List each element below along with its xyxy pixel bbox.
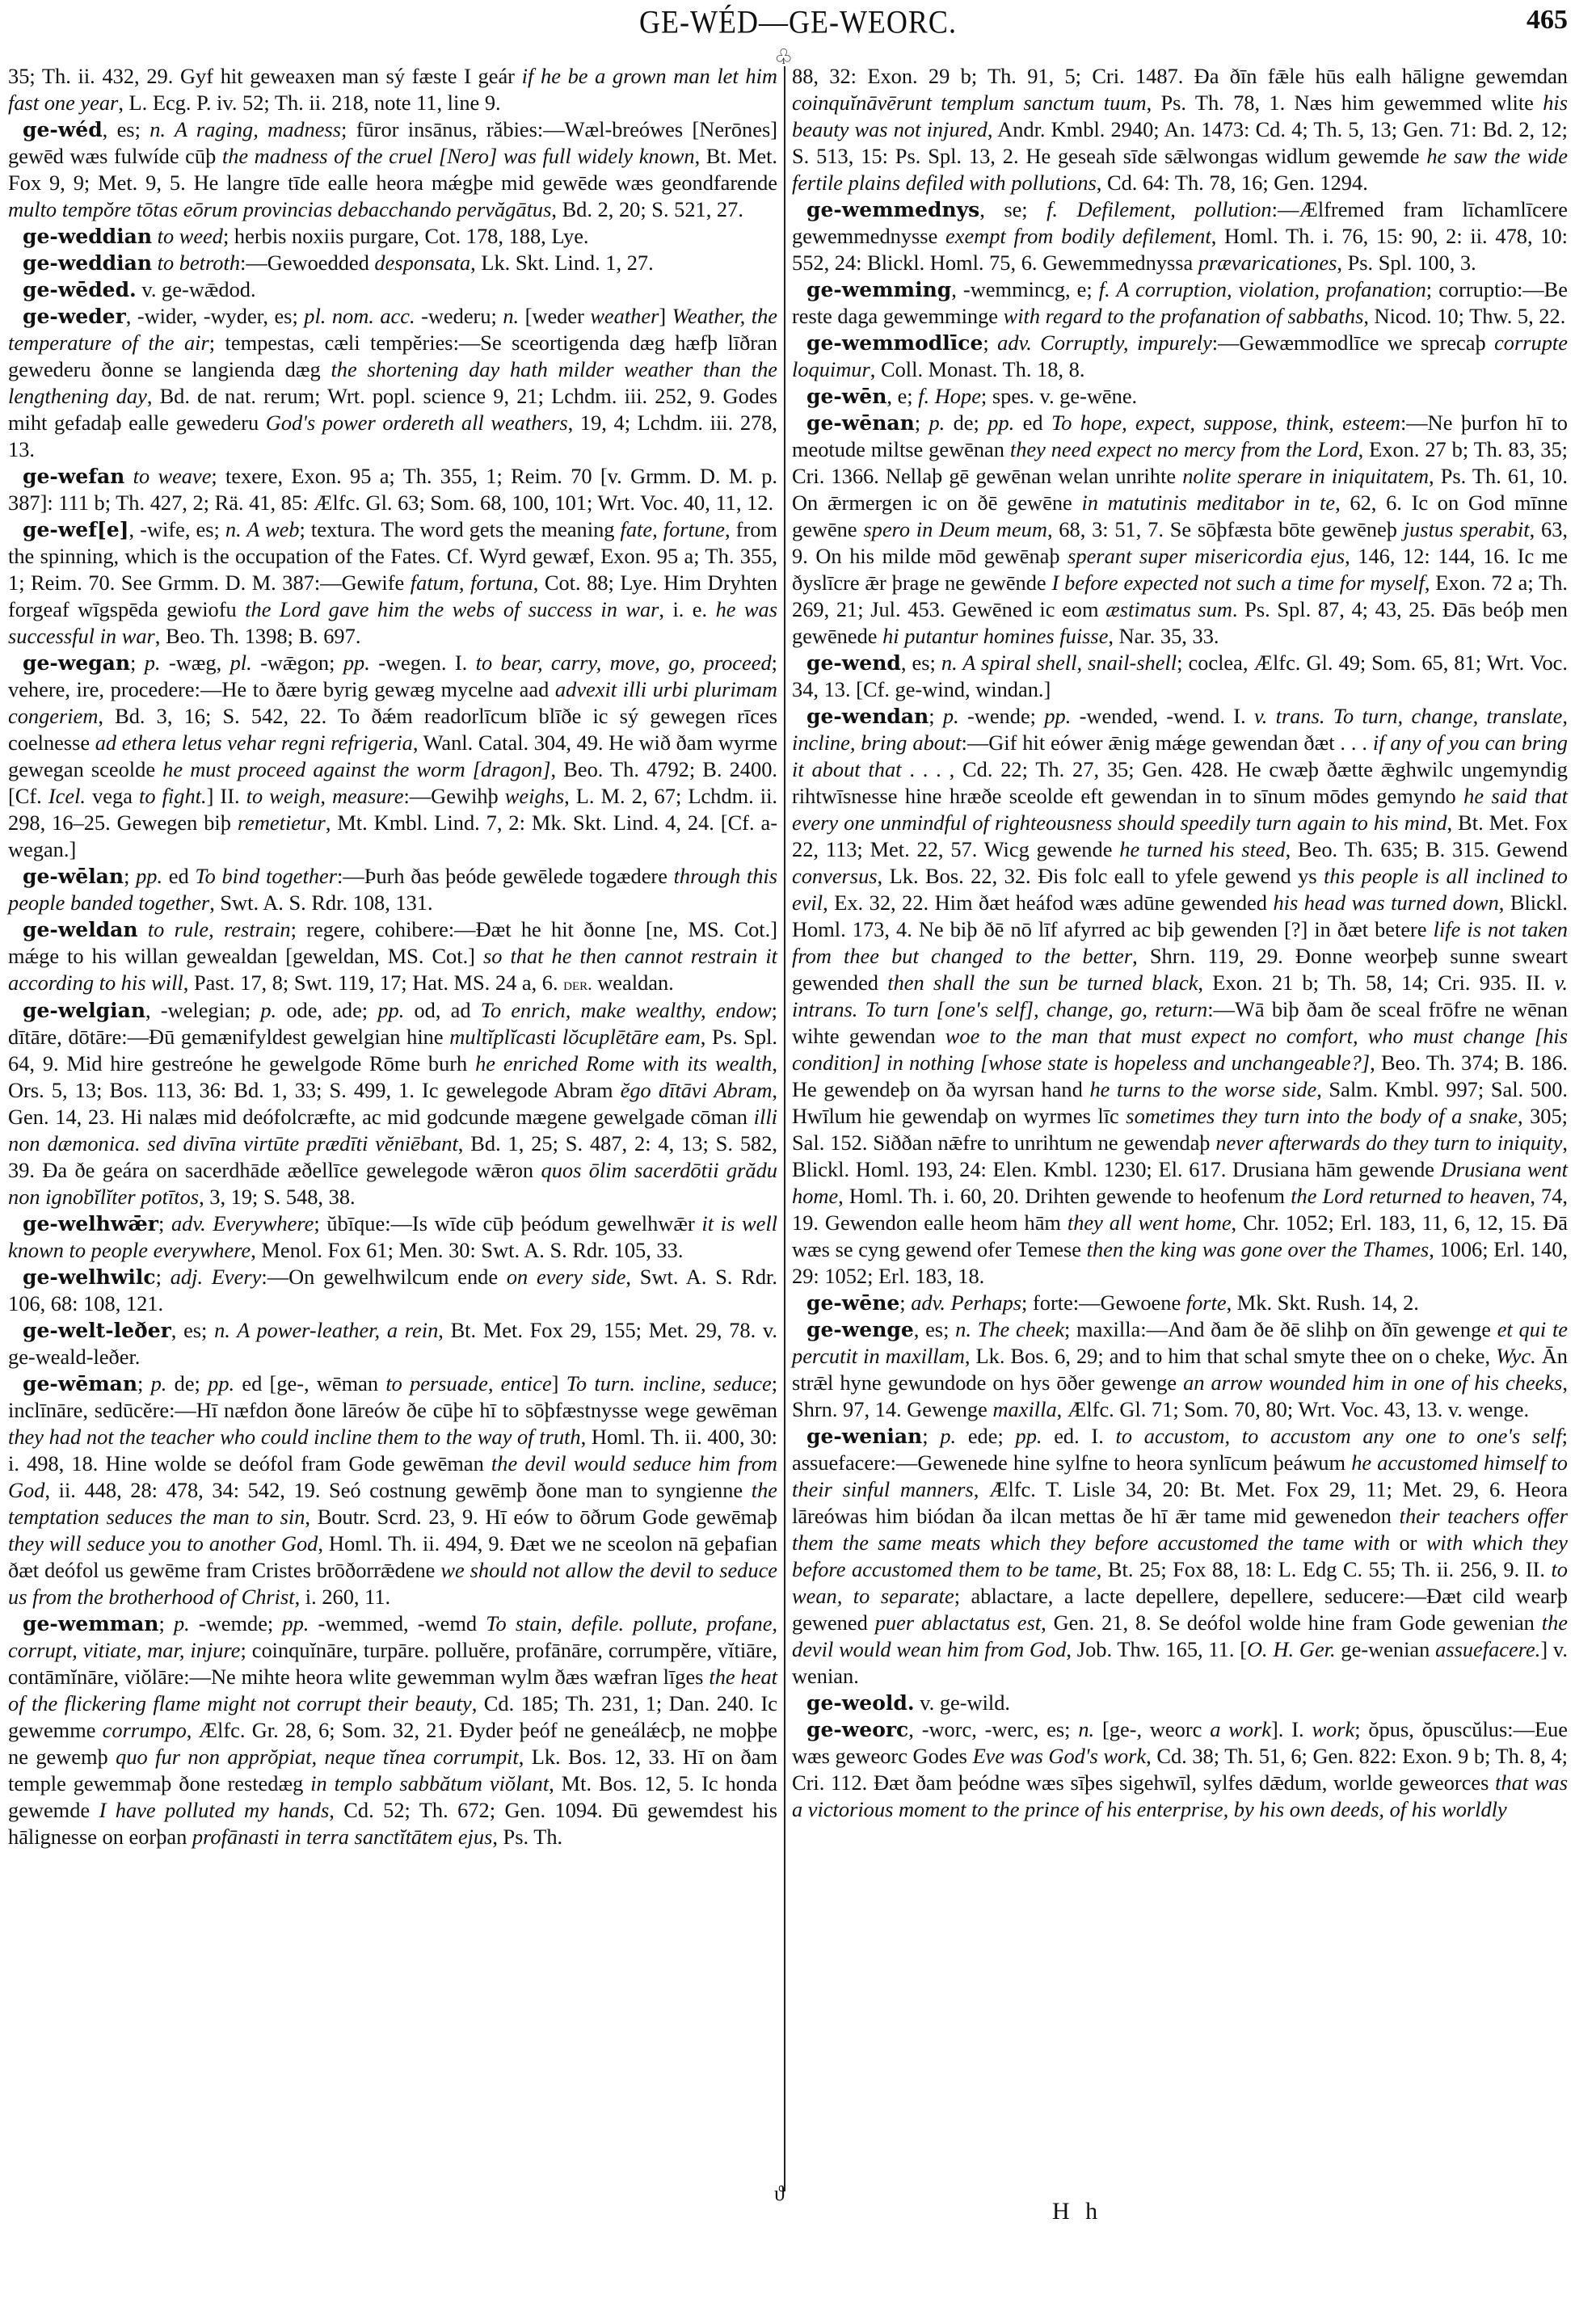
headword: ge-weold. (806, 1691, 915, 1715)
italic-gloss: To bind together (195, 864, 337, 888)
dictionary-entry: ge-weorc, -worc, -werc, es; n. [ge-, weo… (792, 1716, 1568, 1823)
italic-gloss: æstimatus sum (1105, 597, 1232, 621)
italic-gloss: pp. (343, 650, 370, 675)
entry-text: , 68, 3: 51, 7. Se sōþfæsta bōte gewēneþ (1047, 517, 1404, 541)
entry-text: de; (945, 410, 987, 435)
italic-gloss: adv. Corruptly, impurely (997, 330, 1212, 355)
knot-ornament-icon: ϑ (774, 2183, 785, 2204)
dictionary-entry: ge-wēne; adv. Perhaps; forte:—Gewoene fo… (792, 1290, 1568, 1316)
italic-gloss: fate, fortune (621, 517, 725, 541)
italic-gloss: p. (260, 998, 276, 1022)
italic-gloss: fatum, fortuna (411, 570, 533, 595)
dictionary-entry: ge-wéd, es; n. A raging, madness; fūror … (8, 116, 777, 223)
dictionary-entry: ge-wemman; p. -wemde; pp. -wemmed, -wemd… (8, 1610, 777, 1850)
entry-text: 88, 32: Exon. 29 b; Th. 91, 5; Cri. 1487… (792, 64, 1568, 88)
headword: ge-weorc (806, 1718, 908, 1741)
entry-text: , Homl. Th. i. 60, 20. Drihten gewende t… (838, 1184, 1291, 1208)
headword: ge-wēman (23, 1372, 137, 1395)
italic-gloss: coinquĭnāvērunt templum sanctum tuum (792, 91, 1147, 115)
entry-text: -wemmed, -wemd (309, 1611, 486, 1635)
entry-text: , Exon. 21 b; Th. 58, 14; Cri. 935. II. (1198, 970, 1554, 995)
dictionary-entry: ge-weder, -wider, -wyder, es; pl. nom. a… (8, 303, 777, 463)
entry-text: [ge-, weorc (1094, 1717, 1210, 1741)
italic-gloss: maxilla (992, 1397, 1056, 1421)
dictionary-entry: ge-wend, es; n. A spiral shell, snail-sh… (792, 650, 1568, 703)
dictionary-entry: ge-wemmodlīce; adv. Corruptly, impurely:… (792, 330, 1568, 383)
dictionary-entry: ge-wegan; p. -wæg, pl. -wǣgon; pp. -wege… (8, 650, 777, 863)
dictionary-entry: ge-wēded. v. ge-wǣdod. (8, 276, 777, 303)
italic-gloss: to rule, restrain (148, 917, 291, 941)
headword: ge-welt-leðer (23, 1319, 171, 1342)
entry-text: , Ps. Th. 78, 1. Næs him gewemmed wlite (1147, 91, 1543, 115)
running-head: GE-WÉD—GE-WEORC. 465 (0, 3, 1596, 44)
italic-gloss: ĕgo dītāvi Abram (621, 1078, 773, 1102)
italic-gloss: I before expected not such a time for my… (1052, 570, 1425, 595)
entry-text: vega (86, 784, 139, 808)
entry-text: ed. I. (1042, 1424, 1116, 1448)
entry-text: , es; (901, 650, 941, 675)
italic-gloss: assuefacere. (1435, 1637, 1540, 1661)
italic-gloss: weather (590, 304, 659, 328)
dictionary-entry: ge-wemming, -wemmincg, e; f. A corruptio… (792, 276, 1568, 330)
entry-text: v. ge-wild. (915, 1690, 1011, 1715)
entry-text: 35; Th. ii. 432, 29. Gyf hit geweaxen ma… (8, 64, 522, 88)
entry-text: , Bt. 25; Fox 88, 18: L. Edg C. 55; Th. … (1097, 1557, 1552, 1581)
entry-text: ed (162, 864, 195, 888)
entry-text: ; (158, 1611, 173, 1635)
entry-text: ; herbis noxiis purgare, Cot. 178, 188, … (223, 224, 589, 248)
italic-gloss: adj. Every (171, 1265, 262, 1289)
entry-text: ] (552, 1371, 566, 1395)
entry-text: v. ge-wǣdod. (137, 277, 256, 301)
italic-gloss: adv. Everywhere (171, 1211, 314, 1235)
italic-gloss: spero in Deum meum (863, 517, 1047, 541)
headword: ge-wéd (23, 118, 103, 141)
italic-gloss: puer ablactatus est (875, 1610, 1041, 1635)
entry-text: , Ex. 32, 22. Him ðæt heáfod wæs adūne g… (823, 890, 1273, 915)
italic-gloss: hi putantur homines fuisse (882, 624, 1108, 648)
entry-text: , Beo. Th. 1398; B. 697. (155, 624, 361, 648)
italic-gloss: pp. (1044, 704, 1071, 728)
italic-gloss: nolite sperare in iniquitatem (1182, 464, 1429, 488)
entry-text: , -worc, -werc, es; (908, 1717, 1078, 1741)
small-caps-label: der. (563, 974, 592, 994)
entry-text: , Boutr. Scrd. 23, 9. Hī eów to ōðrum Go… (305, 1505, 777, 1529)
entry-text: , Lk. Skt. Lind. 1, 27. (470, 250, 654, 275)
italic-gloss: he turned his steed (1119, 837, 1285, 861)
italic-gloss: weighs (505, 784, 564, 808)
italic-gloss: the Lord gave him the webs of success in… (245, 597, 659, 621)
entry-text: , -wemmincg, e; (951, 277, 1099, 301)
italic-gloss: pp. (282, 1611, 309, 1635)
headword: ge-wend (806, 651, 901, 675)
headword: ge-weddian (23, 251, 152, 275)
italic-gloss: justus sperabit (1404, 517, 1530, 541)
entry-text: , ii. 448, 28: 478, 34: 542, 19. Seó cos… (44, 1478, 751, 1502)
italic-gloss: he must proceed against the worm [dragon… (162, 757, 550, 781)
entry-text: , Beo. Th. 635; B. 315. Gewend (1286, 837, 1568, 861)
entry-text: , Job. Thw. 165, 11. [ (1066, 1637, 1247, 1661)
headword: ge-welgian (23, 999, 145, 1022)
dictionary-entry: ge-wēman; p. de; pp. ed [ge-, wēman to p… (8, 1370, 777, 1610)
headword: ge-wēn (806, 385, 886, 408)
entry-text: ; spes. v. ge-wēne. (981, 384, 1137, 408)
italic-gloss: a work (1210, 1717, 1271, 1741)
italic-gloss: in templo sabbătum viŏlant (310, 1771, 549, 1795)
dictionary-entry: ge-weddian to betroth:—Gewoedded despons… (8, 250, 777, 276)
italic-gloss: adv. Perhaps (911, 1290, 1021, 1315)
dictionary-entry: ge-wēnan; p. de; pp. ed To hope, expect,… (792, 410, 1568, 650)
entry-text: , Nar. 35, 33. (1108, 624, 1219, 648)
headword: ge-wenge (806, 1318, 914, 1341)
entry-text: :—Gewihþ (403, 784, 504, 808)
italic-gloss: corrumpo (103, 1718, 187, 1742)
italic-gloss: conversus (792, 864, 878, 888)
italic-gloss: To turn. incline, seduce (566, 1371, 772, 1395)
italic-gloss: Wyc. (1496, 1344, 1536, 1368)
entry-text: ; maxilla:—And ðam ðe ðē slihþ on ðīn ge… (1064, 1317, 1497, 1341)
right-column: 88, 32: Exon. 29 b; Th. 91, 5; Cri. 1487… (792, 63, 1568, 1823)
signature-mark: H h (1052, 2198, 1102, 2225)
entry-text: -wæg, (161, 650, 230, 675)
dictionary-entry: ge-wemmednys, se; f. Defilement, polluti… (792, 196, 1568, 276)
italic-gloss: on every side (507, 1265, 626, 1289)
entry-text: , e; (886, 384, 918, 408)
headword: ge-wēnan (806, 411, 915, 435)
entry-text: ; (899, 1290, 911, 1315)
italic-gloss: profānasti in terra sanctĭtātem ejus (192, 1825, 492, 1849)
dictionary-entry: ge-weddian to weed; herbis noxiis purgar… (8, 223, 777, 250)
entry-text: , Nicod. 10; Thw. 5, 22. (1363, 304, 1565, 328)
left-column: 35; Th. ii. 432, 29. Gyf hit geweaxen ma… (8, 63, 777, 1850)
italic-gloss: multĭplĭcasti lŏcuplētāre eam (449, 1025, 700, 1049)
italic-gloss: the madness of the cruel [Nero] was full… (222, 144, 695, 168)
headword: ge-wemman (23, 1612, 158, 1635)
dictionary-entry: ge-weold. v. ge-wild. (792, 1690, 1568, 1716)
italic-gloss: with regard to the profanation of sabbat… (1004, 304, 1364, 328)
entry-text: de; (166, 1371, 208, 1395)
entry-text (152, 250, 158, 275)
entry-text: ] (659, 304, 672, 328)
dictionary-entry: ge-wenian; p. ede; pp. ed. I. to accusto… (792, 1423, 1568, 1690)
italic-gloss: to weed (158, 224, 223, 248)
entry-text: ge-wenian (1336, 1637, 1436, 1661)
entry-text: ; (124, 864, 136, 888)
entry-text: , se; (979, 197, 1046, 221)
entry-text: , 3, 19; S. 548, 38. (199, 1185, 356, 1209)
italic-gloss: quo fur non apprŏpiat, neque tĭnea corru… (116, 1745, 519, 1769)
entry-text: ; (983, 330, 997, 355)
entry-text: ; (915, 410, 929, 435)
italic-gloss: n. A raging, madness (149, 117, 341, 141)
entry-text: . . . , Cd. 22; Th. 27, 35; Gen. 428. He… (792, 757, 1568, 808)
italic-gloss: work (1312, 1717, 1354, 1741)
italic-gloss: he enriched Rome with its wealth (475, 1051, 772, 1076)
page-number: 465 (1527, 5, 1568, 36)
italic-gloss: they had not the teacher who could incli… (8, 1425, 581, 1449)
italic-gloss: to persuade, entice (385, 1371, 551, 1395)
italic-gloss: to betroth (158, 250, 240, 275)
entry-text: ed (1014, 410, 1051, 435)
headword: ge-wemming (806, 278, 951, 301)
entry-text: ; (922, 1424, 940, 1448)
entry-continuation: 88, 32: Exon. 29 b; Th. 91, 5; Cri. 1487… (792, 63, 1568, 196)
italic-gloss: Eve was God's work (973, 1744, 1147, 1768)
entry-text: , i. e. (659, 597, 715, 621)
entry-text: -wǣgon; (252, 650, 343, 675)
entry-text: , -wife, es; (129, 517, 225, 541)
entry-text: , Bd. 2, 20; S. 521, 27. (551, 197, 743, 221)
italic-gloss: f. Hope (918, 384, 981, 408)
italic-gloss: his head was turned down (1273, 890, 1498, 915)
entry-text: ed [ge-, wēman (234, 1371, 385, 1395)
italic-gloss: p. (929, 410, 945, 435)
italic-gloss: p. (940, 1424, 956, 1448)
italic-gloss: n. A spiral shell, snail-shell (941, 650, 1177, 675)
entry-text (124, 464, 133, 488)
italic-gloss: n. (1078, 1717, 1094, 1741)
dictionary-entry: ge-wendan; p. -wende; pp. -wended, -wend… (792, 703, 1568, 1290)
italic-gloss: f. A corruption, violation, profanation (1099, 277, 1426, 301)
italic-gloss: n. A web (225, 517, 300, 541)
page-title: GE-WÉD—GE-WEORC. (0, 2, 1596, 40)
headword: ge-wenian (806, 1425, 922, 1448)
italic-gloss: n. A power-leather, a rein (214, 1318, 438, 1342)
italic-gloss: multo tempŏre tōtas eōrum provincias deb… (8, 197, 551, 221)
dictionary-entry: ge-weldan to rule, restrain; regere, coh… (8, 916, 777, 997)
entry-text: , i. 260, 11. (295, 1585, 391, 1609)
entry-text: or (1390, 1530, 1426, 1555)
italic-gloss: pp. (987, 410, 1014, 435)
italic-gloss: to bear, carry, move, go, proceed (476, 650, 772, 675)
entry-text: , es; (914, 1317, 955, 1341)
entry-text: , Past. 17, 8; Swt. 119, 17; Hat. MS. 24… (183, 970, 563, 995)
italic-gloss: pl. nom. acc. (304, 304, 415, 328)
headword: ge-wefan (23, 465, 124, 488)
italic-gloss: an arrow wounded him in one of his cheek… (1183, 1370, 1562, 1395)
entry-text: , Ps. Spl. 100, 3. (1337, 250, 1476, 275)
italic-gloss: sometimes they turn into the body of a s… (1126, 1104, 1518, 1128)
entry-text: ; forte:—Gewoene (1021, 1290, 1186, 1315)
italic-gloss: n. The cheek (955, 1317, 1064, 1341)
italic-gloss: pp. (1016, 1424, 1042, 1448)
italic-gloss: to fight. (139, 784, 207, 808)
headword: ge-wendan (806, 705, 929, 728)
italic-gloss: p. (145, 650, 161, 675)
entry-text: , Lk. Bos. 22, 32. Ðis folc eall to yfel… (878, 864, 1324, 888)
italic-gloss: p. (174, 1611, 190, 1635)
entry-text: , Gen. 21, 8. Se deófol wolde hine fram … (1041, 1610, 1542, 1635)
entry-text: od, ad (404, 998, 480, 1022)
italic-gloss: they will seduce you to another God (8, 1531, 318, 1555)
headword: ge-welhwilc (23, 1265, 156, 1289)
entry-text: , -welegian; (145, 998, 260, 1022)
entry-text: -wegen. I. (370, 650, 476, 675)
entry-text: , Mk. Skt. Rush. 14, 2. (1227, 1290, 1419, 1315)
entry-text: :—Þurh ðas þeóde gewēlede togædere (337, 864, 674, 888)
entry-text: ; (137, 1371, 151, 1395)
entry-text: , Coll. Monast. Th. 18, 8. (870, 357, 1085, 381)
entry-text: ; ŭbīque:—Is wīde cūþ þeódum gewelhwǣr (314, 1211, 701, 1235)
headword: ge-wēded. (23, 278, 137, 301)
italic-gloss: p. (943, 704, 959, 728)
italic-gloss: O. H. Ger. (1247, 1637, 1336, 1661)
headword: ge-weldan (23, 918, 138, 941)
headword: ge-wef[e] (23, 518, 129, 541)
italic-gloss: ad ethera letus vehar regni refrigeria (95, 730, 413, 755)
italic-gloss: f. Defilement, pollution (1046, 197, 1272, 221)
italic-gloss: God's power ordereth all weathers (266, 410, 568, 435)
headword: ge-wēlan (23, 865, 124, 888)
entry-text: ]. I. (1271, 1717, 1312, 1741)
italic-gloss: I have polluted my hands (99, 1798, 330, 1822)
entry-text: :—Gif hit eówer ǣnig mǽge gewendan ðæt .… (962, 730, 1373, 755)
entry-text: wealdan. (592, 970, 674, 995)
entry-text (138, 917, 148, 941)
entry-text: ode, ade; (276, 998, 377, 1022)
headword: ge-weder (23, 305, 126, 328)
entry-text: , L. Ecg. P. iv. 52; Th. ii. 218, note 1… (118, 91, 500, 115)
headword: ge-wegan (23, 651, 130, 675)
italic-gloss: never afterwards do they turn to iniquit… (1215, 1130, 1562, 1155)
entry-text: , es; (171, 1318, 214, 1342)
entry-text: :—Gewæmmodlīce we sprecaþ (1212, 330, 1494, 355)
italic-gloss: To hope, expect, suppose, think, esteem (1051, 410, 1400, 435)
entry-text: , Lk. Bos. 6, 29; and to him that schal … (965, 1344, 1496, 1368)
entry-text: , Cd. 64: Th. 78, 16; Gen. 1294. (1097, 170, 1368, 195)
dictionary-entry: ge-welt-leðer, es; n. A power-leather, a… (8, 1317, 777, 1370)
italic-gloss: prævaricationes (1198, 250, 1337, 275)
entry-text: , Swt. A. S. Rdr. 108, 131. (209, 890, 432, 915)
dictionary-entry: ge-wenge, es; n. The cheek; maxilla:—And… (792, 1316, 1568, 1423)
entry-text: , -wider, -wyder, es; (126, 304, 305, 328)
italic-gloss: pp. (377, 998, 404, 1022)
entry-text: -wended, -wend. I. (1071, 704, 1254, 728)
italic-gloss: to accustom, to accustom any one to one'… (1116, 1424, 1562, 1448)
dictionary-entry: ge-wēlan; pp. ed To bind together:—Þurh … (8, 863, 777, 916)
entry-text: , Menol. Fox 61; Men. 30: Swt. A. S. Rdr… (251, 1238, 683, 1262)
entry-text: ede; (956, 1424, 1015, 1448)
italic-gloss: to weigh, measure (246, 784, 404, 808)
italic-gloss: sperant super misericordia ejus (1068, 544, 1345, 568)
entry-text: :—On gewelhwilcum ende (261, 1265, 506, 1289)
italic-gloss: Icel. (48, 784, 86, 808)
italic-gloss: desponsata (374, 250, 470, 275)
dictionary-entry: ge-welhwilc; adj. Every:—On gewelhwilcum… (8, 1264, 777, 1317)
column-divider (784, 66, 785, 2191)
headword: ge-weddian (23, 225, 152, 248)
entry-text: , Ps. Th. (492, 1825, 562, 1849)
entry-text: -wemde; (190, 1611, 283, 1635)
entry-text: ; textura. The word gets the meaning (299, 517, 620, 541)
italic-gloss: To enrich, make wealthy, endow (481, 998, 772, 1022)
dictionary-entry: ge-welgian, -welegian; p. ode, ade; pp. … (8, 997, 777, 1210)
entry-text: -wederu; (415, 304, 503, 328)
entry-text: , Ælfc. Gl. 71; Som. 70, 80; Wrt. Voc. 4… (1057, 1397, 1529, 1421)
entry-text: ] II. (207, 784, 246, 808)
italic-gloss: pp. (136, 864, 162, 888)
italic-gloss: p. (151, 1371, 167, 1395)
italic-gloss: then shall the sun be turned black (887, 970, 1198, 995)
entry-text: ; (130, 650, 145, 675)
italic-gloss: pp. (208, 1371, 234, 1395)
dictionary-entry: ge-wef[e], -wife, es; n. A web; textura.… (8, 516, 777, 650)
italic-gloss: to weave (133, 464, 212, 488)
entry-text: ; (156, 1265, 171, 1289)
entry-text: , es; (103, 117, 150, 141)
entry-text (152, 224, 158, 248)
italic-gloss: in matutinis meditabor in te (1081, 490, 1335, 515)
italic-gloss: they all went home (1068, 1210, 1232, 1235)
entry-text: ; (929, 704, 943, 728)
italic-gloss: they need expect no mercy from the Lord (1010, 437, 1358, 461)
dictionary-entry: ge-welhwǣr; adv. Everywhere; ŭbīque:—Is … (8, 1210, 777, 1264)
entry-continuation: 35; Th. ii. 432, 29. Gyf hit geweaxen ma… (8, 63, 777, 116)
entry-text: ; (158, 1211, 171, 1235)
italic-gloss: pl. (230, 650, 252, 675)
entry-text: :—Gewoedded (240, 250, 374, 275)
headword: ge-welhwǣr (23, 1212, 158, 1235)
italic-gloss: n. (503, 304, 519, 328)
entry-text: [weder (519, 304, 590, 328)
headword: ge-wemmednys (806, 198, 979, 221)
entry-text: -wende; (959, 704, 1045, 728)
dictionary-entry: ge-wefan to weave; texere, Exon. 95 a; T… (8, 463, 777, 516)
italic-gloss: remetietur (238, 810, 326, 835)
dictionary-entry: ge-wēn, e; f. Hope; spes. v. ge-wēne. (792, 383, 1568, 410)
headword: ge-wemmodlīce (806, 331, 983, 355)
italic-gloss: forte (1186, 1290, 1227, 1315)
italic-gloss: the Lord returned to heaven (1291, 1184, 1530, 1208)
italic-gloss: then the king was gone over the Thames (1087, 1237, 1430, 1261)
italic-gloss: exempt from bodily defilement (945, 224, 1211, 248)
italic-gloss: he turns to the worse side (1089, 1077, 1316, 1101)
headword: ge-wēne (806, 1291, 899, 1315)
